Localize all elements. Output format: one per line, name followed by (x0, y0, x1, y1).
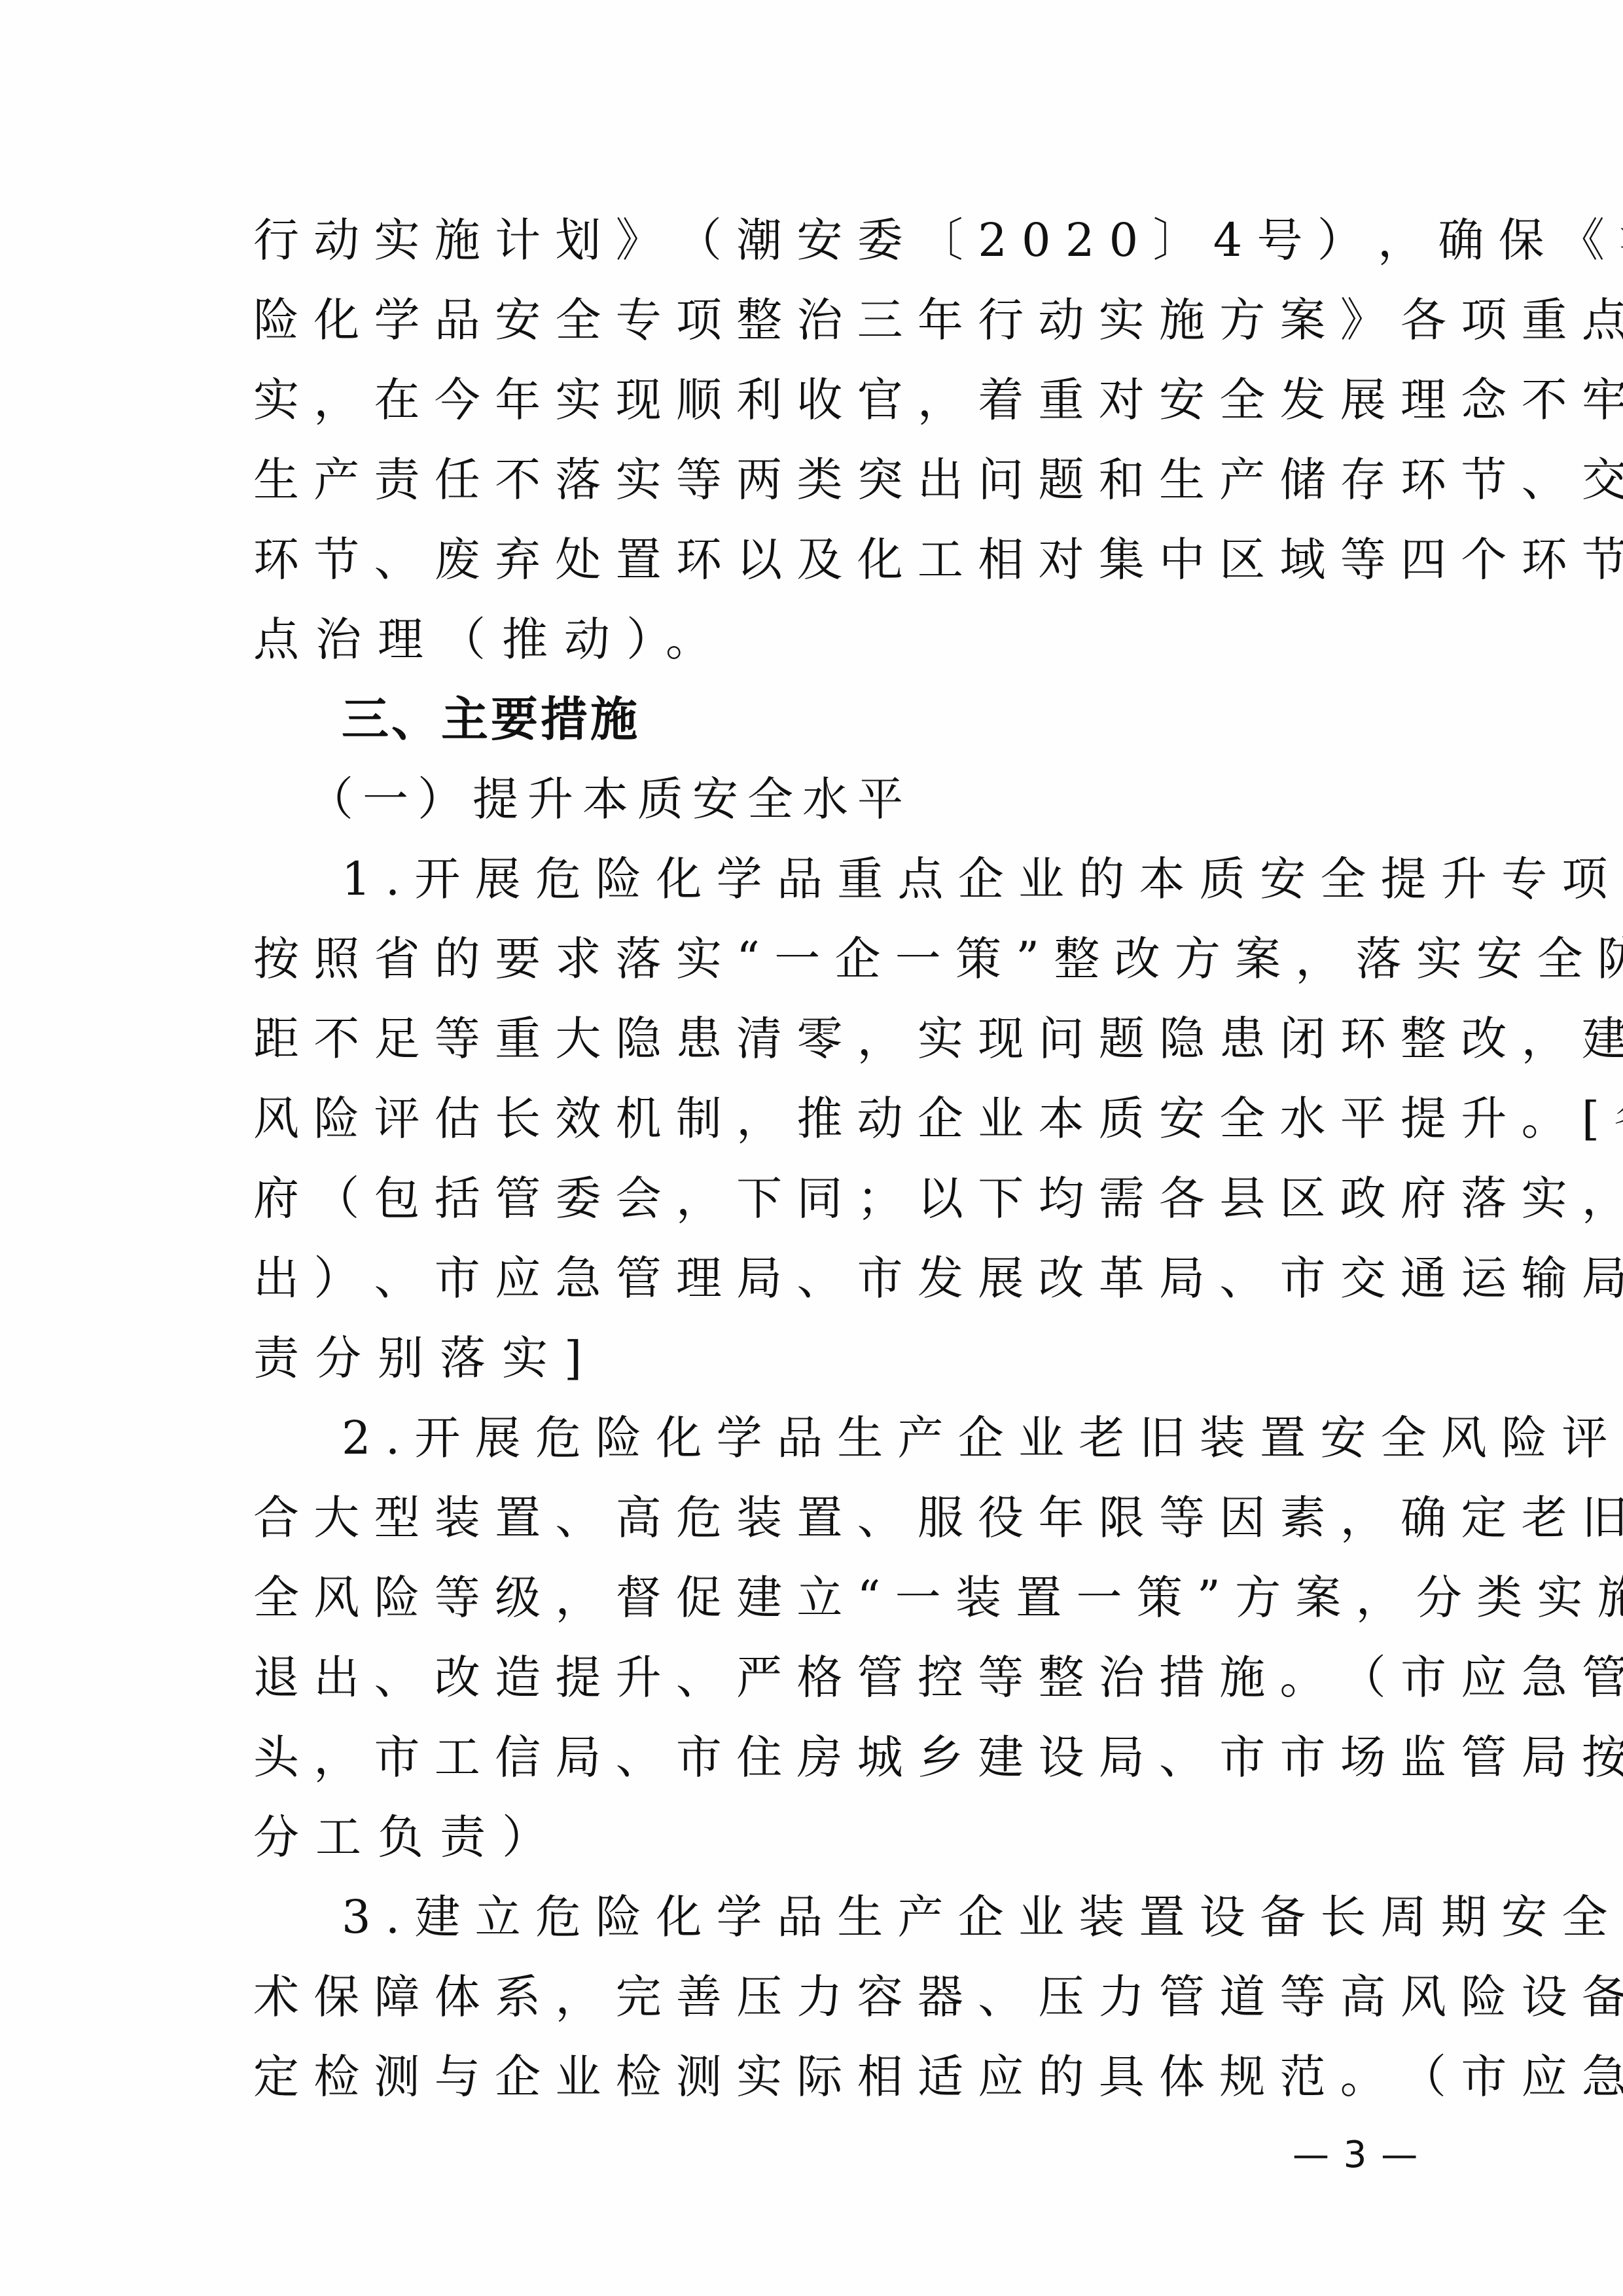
paragraph-line: 府 （ 包 括 管 委 会 ， 下 同 ； 以 下 均 需 各 县 区 政 府 … (253, 1158, 1382, 1238)
paragraph-line: 合 大 型 装 置 、 高 危 装 置 、 服 役 年 限 等 因 素 ， 确 … (253, 1478, 1382, 1558)
paragraph-line: 分工负责） (253, 1797, 1382, 1877)
paragraph-line: 全 风 险 等 级 ， 督 促 建 立 “ 一 装 置 一 策 ” 方 案 ， … (253, 1558, 1382, 1638)
paragraph-line: 实 ， 在 今 年 实 现 顺 利 收 官 ， 着 重 对 安 全 发 展 理 … (253, 360, 1382, 440)
paragraph-line: 责分别落实] (253, 1318, 1382, 1398)
paragraph-line: 险 化 学 品 安 全 专 项 整 治 三 年 行 动 实 施 方 案 》 各 … (253, 280, 1382, 360)
paragraph-line: 头 ， 市 工 信 局 、 市 住 房 城 乡 建 设 局 、 市 市 场 监 … (253, 1717, 1382, 1797)
paragraph-line: 1 . 开 展 危 险 化 学 品 重 点 企 业 的 本 质 安 全 提 升 … (342, 839, 1382, 919)
paragraph-line: 环 节 、 废 弃 处 置 环 以 及 化 工 相 对 集 中 区 域 等 四 … (253, 520, 1382, 600)
paragraph-line: 退 出 、 改 造 提 升 、 严 格 管 控 等 整 治 措 施 。 （ 市 … (253, 1638, 1382, 1717)
paragraph-line: 3 . 建 立 危 险 化 学 品 生 产 企 业 装 置 设 备 长 周 期 … (342, 1877, 1382, 1957)
paragraph-line: 行 动 实 施 计 划 》 （ 潮 安 委 〔 2 0 2 0 〕 4 号 ） … (253, 200, 1382, 280)
paragraph-line: 定 检 测 与 企 业 检 测 实 际 相 适 应 的 具 体 规 范 。 （ … (253, 2037, 1382, 2117)
subsection-heading: （一）提升本质安全水平 (308, 759, 912, 839)
paragraph-line: 2 . 开 展 危 险 化 学 品 生 产 企 业 老 旧 装 置 安 全 风 … (342, 1398, 1382, 1478)
page-number: — 3 — (1293, 2132, 1419, 2178)
paragraph-line: 距 不 足 等 重 大 隐 患 清 零 ， 实 现 问 题 隐 患 闭 环 整 … (253, 999, 1382, 1079)
paragraph-line: 出 ） 、 市 应 急 管 理 局 、 市 发 展 改 革 局 、 市 交 通 … (253, 1238, 1382, 1318)
paragraph-line: 点治理（推动）。 (253, 600, 1382, 679)
paragraph-line: 术 保 障 体 系 ， 完 善 压 力 容 器 、 压 力 管 道 等 高 风 … (253, 1957, 1382, 2037)
paragraph-line: 风 险 评 估 长 效 机 制 ， 推 动 企 业 本 质 安 全 水 平 提 … (253, 1079, 1382, 1158)
section-heading: 三、主要措施 (342, 679, 640, 759)
document-page: 行 动 实 施 计 划 》 （ 潮 安 委 〔 2 0 2 0 〕 4 号 ） … (0, 0, 1623, 2296)
paragraph-line: 生 产 责 任 不 落 实 等 两 类 突 出 问 题 和 生 产 储 存 环 … (253, 440, 1382, 520)
paragraph-line: 按 照 省 的 要 求 落 实 “ 一 企 一 策 ” 整 改 方 案 ， 落 … (253, 919, 1382, 999)
